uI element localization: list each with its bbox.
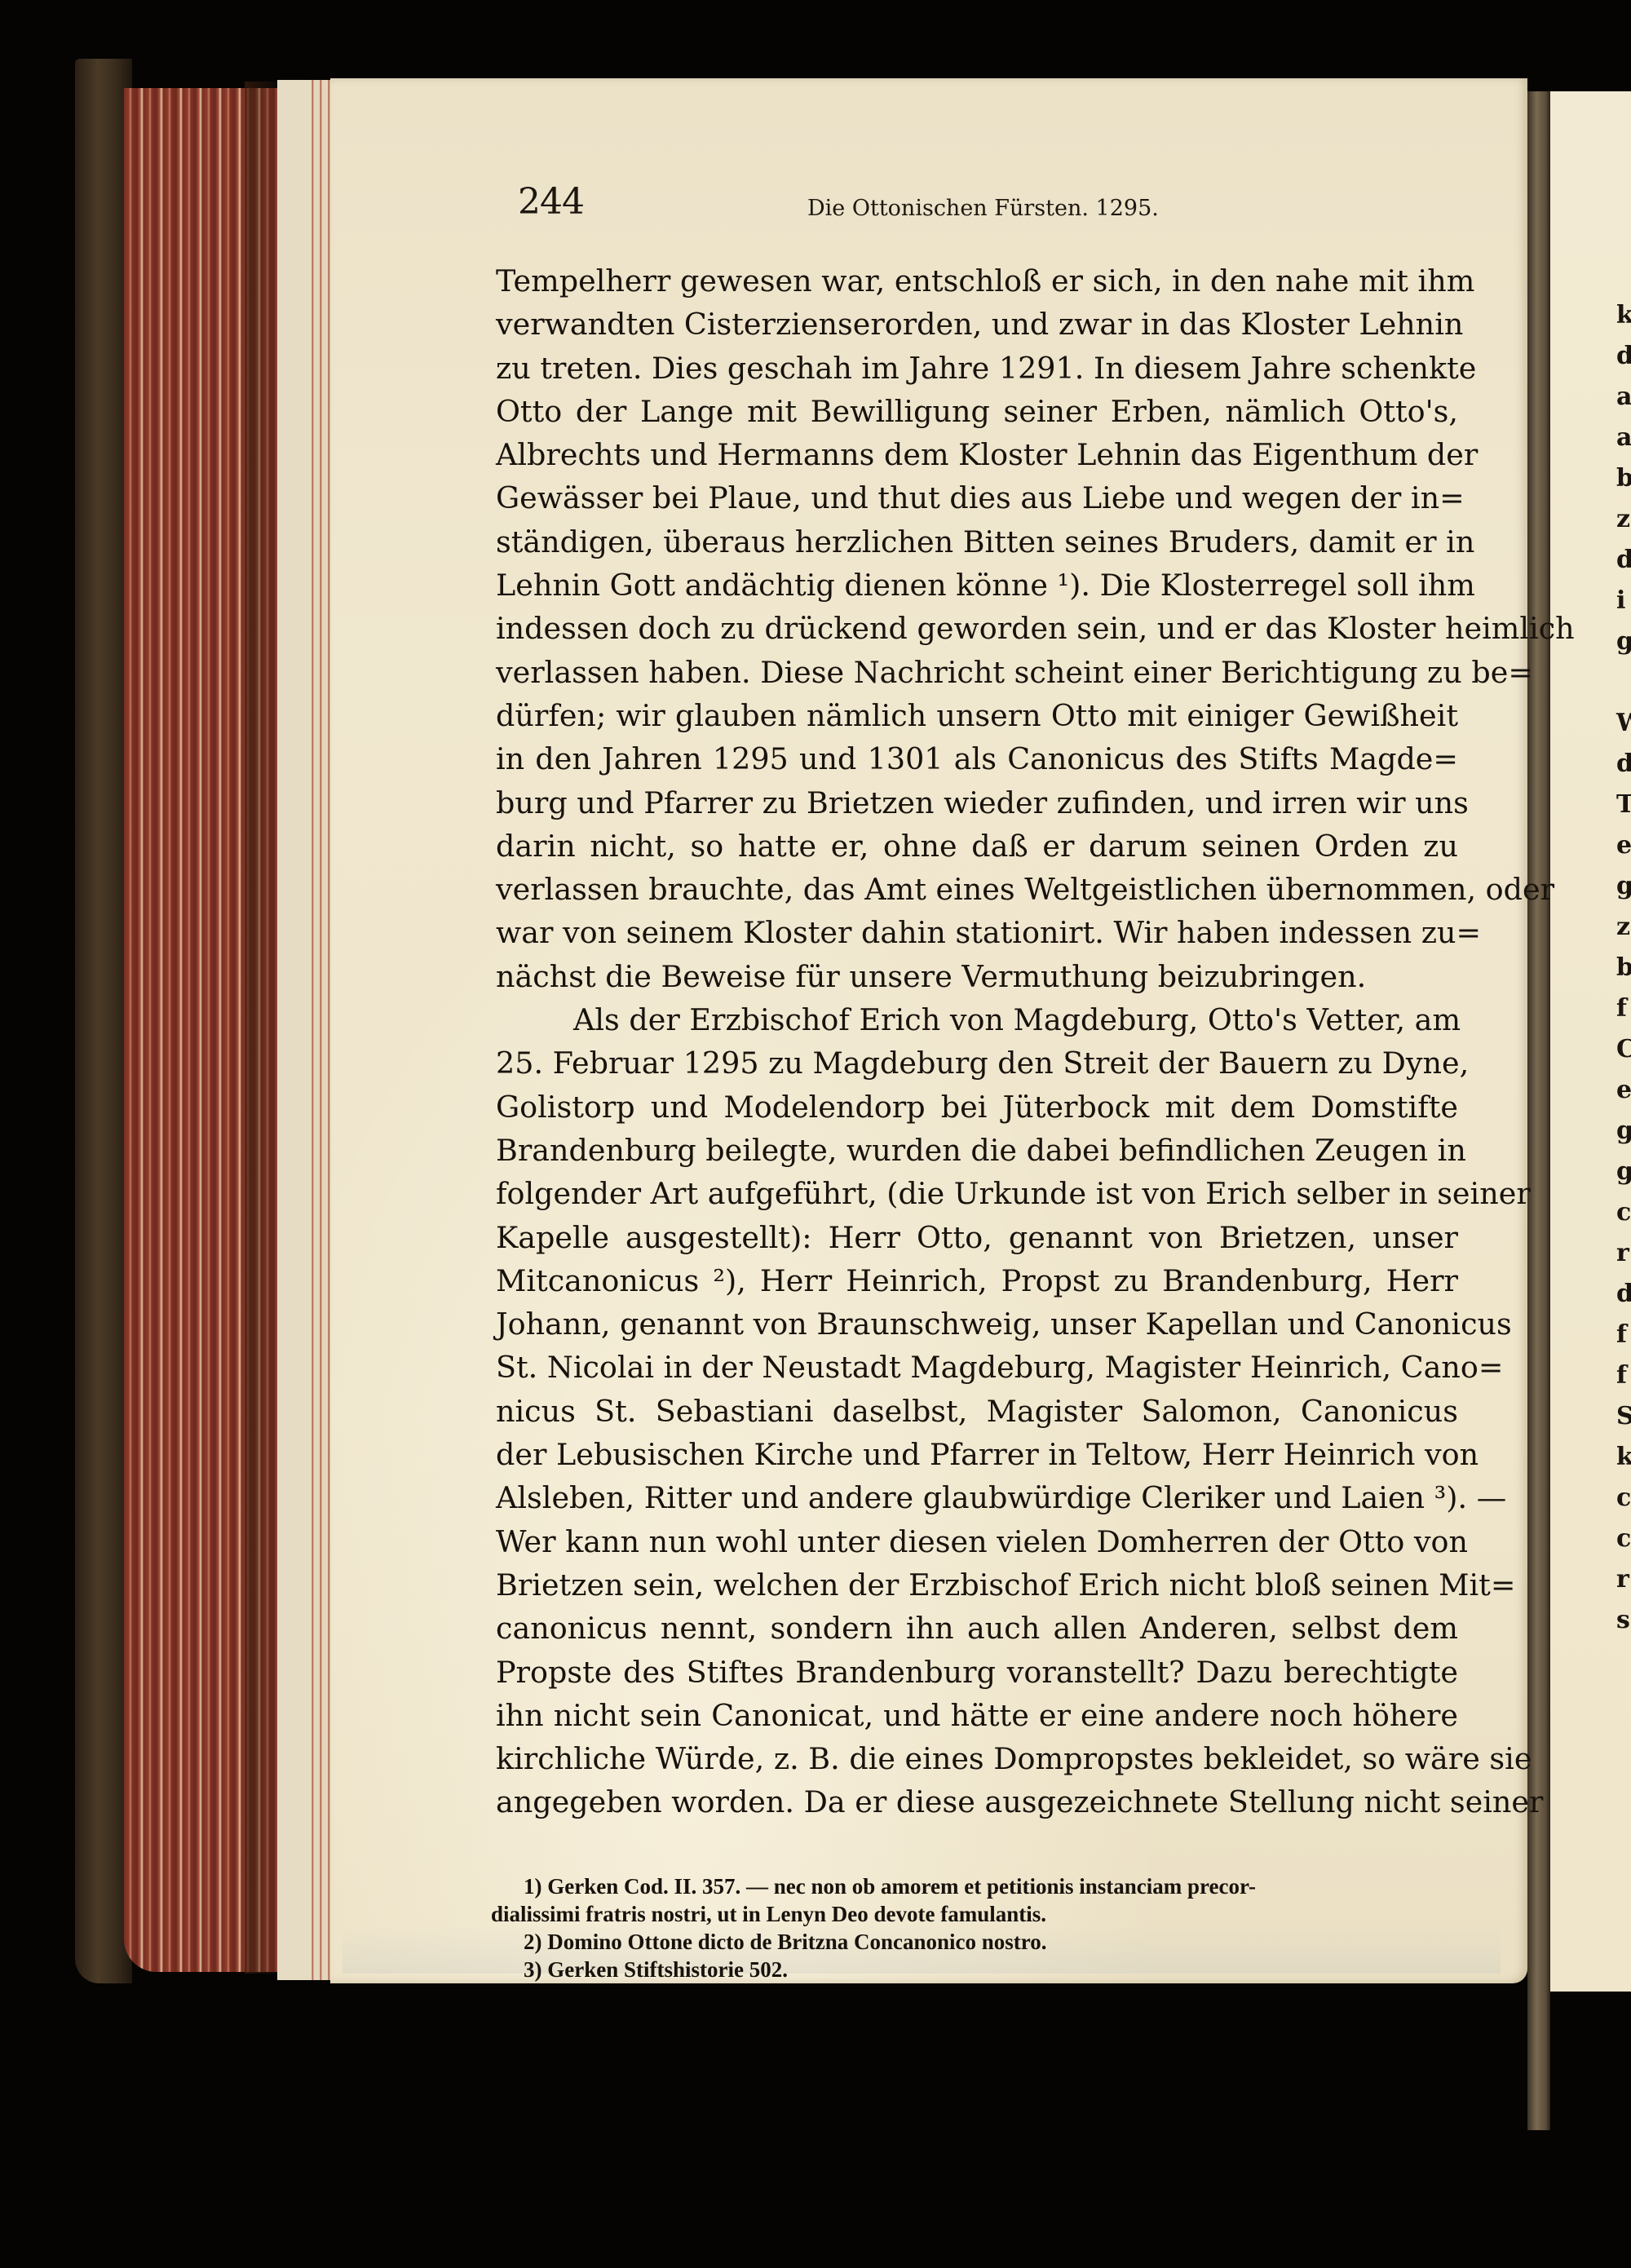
text-line: war von seinem Kloster dahin stationirt.… [496, 911, 1458, 954]
adjacent-page-text: kdaabzdigWdTegzbfCeggcrdffSkccrs [1616, 295, 1631, 1641]
text-line: in den Jahren 1295 und 1301 als Canonicu… [496, 737, 1458, 780]
adjacent-page-letter: g [1616, 866, 1631, 907]
text-line: nächst die Beweise für unsere Vermuthung… [496, 955, 1458, 998]
adjacent-page-letter: T [1616, 785, 1631, 825]
adjacent-page-letter: W [1616, 703, 1631, 744]
adjacent-page-letter: f [1616, 988, 1631, 1029]
text-line: Golistorp und Modelendorp bei Jüterbock … [496, 1085, 1458, 1129]
footnote-1: 1) Gerken Cod. II. 357. — nec non ob amo… [491, 1872, 1437, 1900]
text-line: Brandenburg beilegte, wurden die dabei b… [496, 1129, 1458, 1172]
adjacent-page-letter: f [1616, 1355, 1631, 1396]
text-line: Otto der Lange mit Bewilligung seiner Er… [496, 390, 1458, 433]
adjacent-page-letter: g [1616, 1152, 1631, 1192]
footnote-text: Gerken Stiftshistorie 502. [547, 1957, 788, 1982]
text-line: der Lebusischen Kirche und Pfarrer in Te… [496, 1433, 1458, 1476]
footnote-3: 3) Gerken Stiftshistorie 502. [491, 1956, 1437, 1983]
adjacent-page-letter: C [1616, 1029, 1631, 1070]
adjacent-page-letter: g [1616, 621, 1631, 662]
footnote-marker: 1) [524, 1874, 542, 1899]
adjacent-page-letter: d [1616, 540, 1631, 581]
text-line: 25. Februar 1295 zu Magdeburg den Streit… [496, 1041, 1458, 1085]
text-line: nicus St. Sebastiani daselbst, Magister … [496, 1390, 1458, 1433]
text-line: burg und Pfarrer zu Brietzen wieder zufi… [496, 781, 1458, 825]
running-head: 244 Die Ottonischen Fürsten. 1295. [518, 181, 1439, 230]
text-line: canonicus nennt, sondern ihn auch allen … [496, 1607, 1458, 1650]
text-line: angegeben worden. Da er diese ausgezeich… [496, 1780, 1458, 1824]
adjacent-page-letter: c [1616, 1192, 1631, 1233]
text-line: zu treten. Dies geschah im Jahre 1291. I… [496, 347, 1458, 390]
page-gutter-lines [277, 80, 334, 1980]
adjacent-page-letter: a [1616, 418, 1631, 458]
text-line: Albrechts und Hermanns dem Kloster Lehni… [496, 433, 1458, 476]
text-line: Propste des Stiftes Brandenburg voranste… [496, 1651, 1458, 1694]
text-line: indessen doch zu drückend geworden sein,… [496, 607, 1458, 650]
page-number: 244 [518, 181, 584, 223]
book-scan-scene: kdaabzdigWdTegzbfCeggcrdffSkccrs 244 Die… [0, 0, 1631, 2268]
adjacent-page-letter: f [1616, 1315, 1631, 1355]
footnote-text: Domino Ottone dicto de Britzna Concanoni… [547, 1930, 1046, 1954]
adjacent-page-letter: i [1616, 581, 1631, 621]
text-line: Wer kann nun wohl unter diesen vielen Do… [496, 1520, 1458, 1563]
text-line: darin nicht, so hatte er, ohne daß er da… [496, 825, 1458, 868]
text-line: verlassen haben. Diese Nachricht scheint… [496, 651, 1458, 694]
adjacent-page-letter: k [1616, 295, 1631, 336]
adjacent-page-letter: b [1616, 948, 1631, 988]
footnote-text: Gerken Cod. II. 357. — nec non ob amorem… [547, 1874, 1256, 1899]
adjacent-page-letter: r [1616, 1559, 1631, 1600]
adjacent-page-letter [1616, 662, 1631, 703]
adjacent-page-letter: e [1616, 825, 1631, 866]
text-line: folgender Art aufgeführt, (die Urkunde i… [496, 1172, 1458, 1215]
adjacent-page-letter: d [1616, 336, 1631, 377]
text-line: Kapelle ausgestellt): Herr Otto, genannt… [496, 1216, 1458, 1259]
adjacent-page-letter: z [1616, 907, 1631, 948]
text-line: ihn nicht sein Canonicat, und hätte er e… [496, 1694, 1458, 1737]
text-line: ständigen, überaus herzlichen Bitten sei… [496, 520, 1458, 564]
paragraph-start-line: Als der Erzbischof Erich von Magdeburg, … [496, 998, 1458, 1041]
adjacent-page-letter: k [1616, 1437, 1631, 1478]
text-line: Alsleben, Ritter und andere glaubwürdige… [496, 1476, 1458, 1519]
footnote-1-continued: dialissimi fratris nostri, ut in Lenyn D… [491, 1900, 1437, 1928]
text-line: kirchliche Würde, z. B. die eines Dompro… [496, 1737, 1458, 1780]
adjacent-page-letter: b [1616, 458, 1631, 499]
adjacent-page-letter: z [1616, 499, 1631, 540]
footnote-marker: 3) [524, 1957, 542, 1982]
text-line: Lehnin Gott andächtig dienen könne ¹). D… [496, 564, 1458, 607]
adjacent-page-letter: s [1616, 1600, 1631, 1641]
footnote-2: 2) Domino Ottone dicto de Britzna Concan… [491, 1928, 1437, 1956]
footnote-marker: 2) [524, 1930, 542, 1954]
adjacent-page-letter: e [1616, 1070, 1631, 1111]
adjacent-page-letter: S [1616, 1396, 1631, 1437]
page-separator [1527, 91, 1550, 2130]
text-line: Tempelherr gewesen war, entschloß er sic… [496, 259, 1458, 303]
adjacent-page-letter: r [1616, 1233, 1631, 1274]
text-line: St. Nicolai in der Neustadt Magdeburg, M… [496, 1346, 1458, 1389]
body-text: Tempelherr gewesen war, entschloß er sic… [496, 259, 1458, 1824]
adjacent-page-letter: a [1616, 377, 1631, 418]
text-line: Johann, genannt von Braunschweig, unser … [496, 1302, 1458, 1346]
adjacent-page-letter: g [1616, 1111, 1631, 1152]
footnotes: 1) Gerken Cod. II. 357. — nec non ob amo… [491, 1872, 1437, 1983]
adjacent-page-letter: c [1616, 1478, 1631, 1519]
text-line: dürfen; wir glauben nämlich unsern Otto … [496, 694, 1458, 737]
adjacent-page-letter: d [1616, 744, 1631, 785]
running-title: Die Ottonischen Fürsten. 1295. [807, 196, 1159, 221]
adjacent-page-letter: d [1616, 1274, 1631, 1315]
text-line: Gewässer bei Plaue, und thut dies aus Li… [496, 476, 1458, 519]
text-line: verlassen brauchte, das Amt eines Weltge… [496, 868, 1458, 911]
text-line: verwandten Cisterzienserorden, und zwar … [496, 303, 1458, 346]
text-line: Mitcanonicus ²), Herr Heinrich, Propst z… [496, 1259, 1458, 1302]
adjacent-page-letter: c [1616, 1519, 1631, 1559]
text-line: Brietzen sein, welchen der Erzbischof Er… [496, 1563, 1458, 1607]
